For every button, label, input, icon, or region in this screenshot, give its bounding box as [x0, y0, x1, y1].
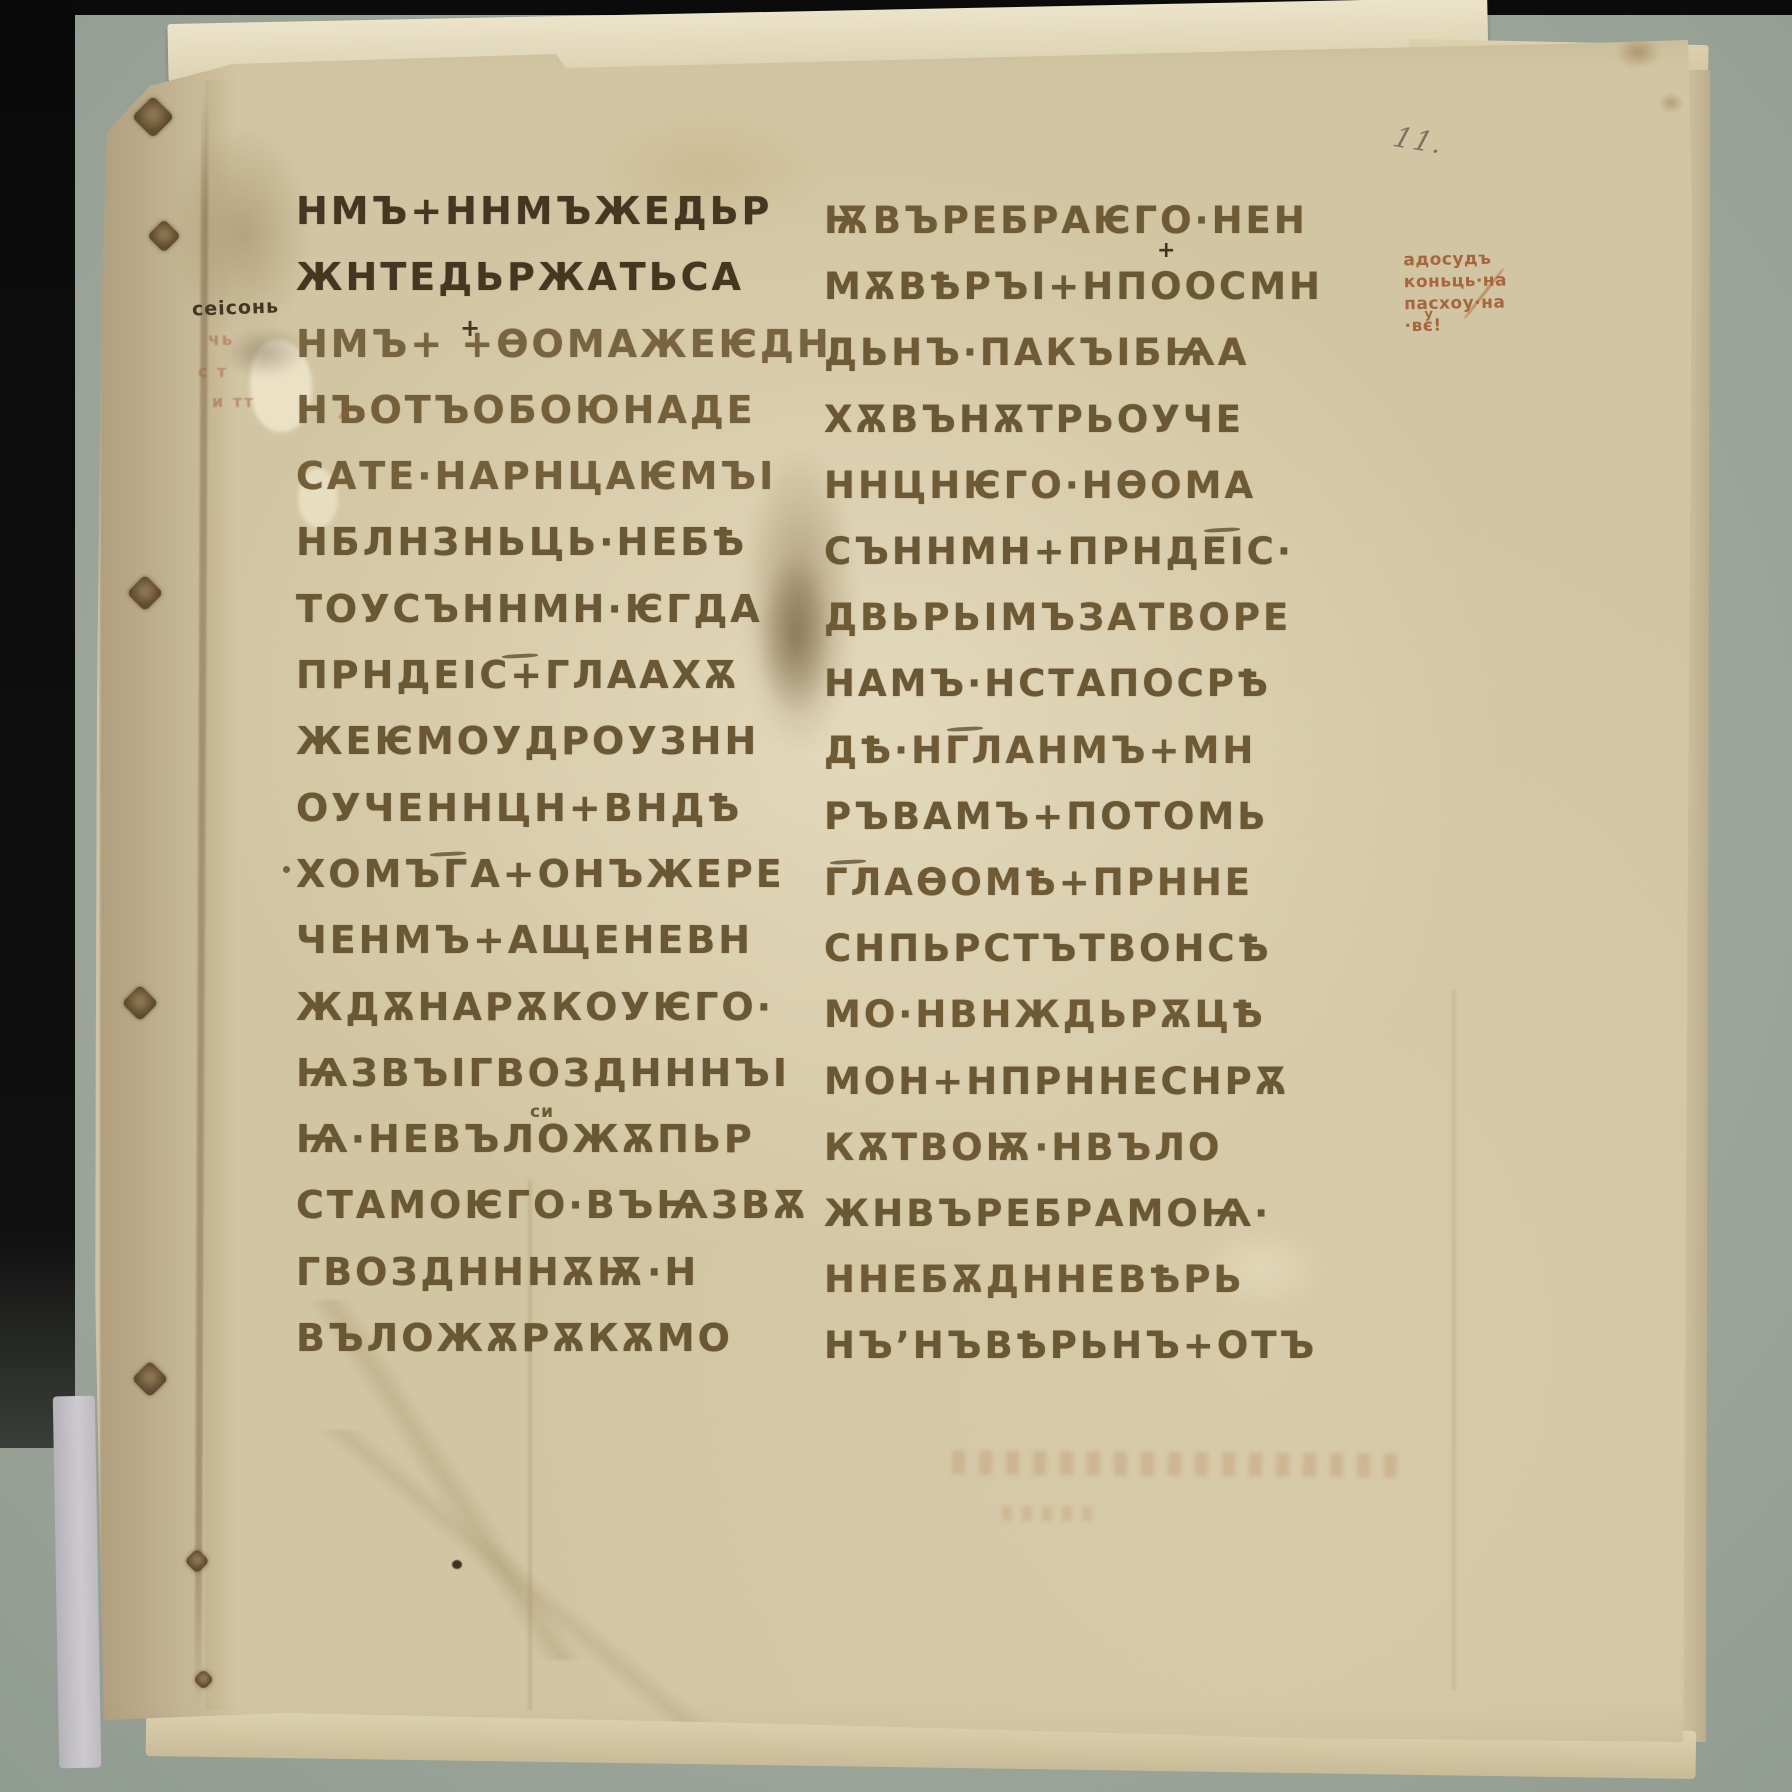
text-line: ѨЗВЪІГВОЗДНННЪІ: [296, 1040, 770, 1106]
text-line: ГВОЗДНННѪѬ·Н: [296, 1239, 770, 1305]
left-margin-note: сеісонь: [192, 295, 280, 320]
faded-margin-fragment: и тт: [212, 392, 255, 411]
text-column-left: НМЪ+ННМЪЖЕДЬР ЖНТЕДЬРЖАТЬСА НМЪ+ +ѲОМАЖЕ…: [296, 178, 770, 1371]
text-line: ХѪВЪНѪТРЬОУЧЕ: [824, 387, 1284, 453]
text-line: ЖНТЕДЬРЖАТЬСА: [296, 244, 770, 310]
sewing-station: [127, 575, 164, 612]
text-line: СТАМОѤГО·ВЪѨЗВѪ: [296, 1172, 770, 1238]
rubric-superscript: у: [1424, 304, 1433, 326]
underleaf-left-edge: [53, 1396, 101, 1769]
rubric-line: коньць·на: [1404, 269, 1554, 294]
rubric-line-text: ·вє!: [1404, 316, 1441, 337]
parchment-page: 11. НМЪ+ННМЪЖЕДЬР ЖНТЕДЬРЖАТЬСА НМЪ+ +ѲО…: [0, 0, 1792, 1792]
photo-edge-left: [0, 0, 75, 1448]
rubric-line: адосудъ: [1403, 247, 1553, 272]
interlinear-cross: +: [1157, 238, 1175, 263]
text-line: РЪВАМЪ+ПОТОМЬ: [824, 784, 1284, 850]
text-line: ДЬНЪ·ПАКЪІБѨА: [824, 320, 1284, 386]
text-line: НМЪ+ННМЪЖЕДЬР: [296, 178, 770, 244]
text-line: ННЕБѪДННЕВѢРЬ: [824, 1247, 1284, 1313]
manuscript-photo: { "manuscript": { "folio_number": "11.",…: [0, 0, 1792, 1792]
sewing-station: [132, 96, 174, 138]
text-line: НЪОТЪОБОЮНАДЕ: [296, 377, 770, 443]
text-line: ПРНДЕІС+ГЛААХѪ: [296, 642, 770, 708]
text-line: СНПЬРСТЪТВОНСѢ: [824, 916, 1284, 982]
text-line: ВЪЛОЖѪРѪКѪМО: [296, 1305, 770, 1371]
margin-dot: [283, 866, 290, 873]
text-line: ДѢ·НГЛАНМЪ+МН: [824, 718, 1284, 784]
erased-rubric-trace: [952, 1450, 1397, 1477]
text-line: ННЦНѤГО·НѲОМА: [824, 453, 1284, 519]
rubric-line: ·вє! у: [1404, 313, 1554, 338]
text-line: КѪТВОѬ·НВЪЛО: [824, 1115, 1284, 1181]
erased-rubric-trace: [1002, 1506, 1097, 1521]
text-line: ѬВЪРЕБРАѤГО·НЕН: [824, 188, 1284, 254]
text-line: ЖНВЪРЕБРАМОѨ·: [824, 1181, 1284, 1247]
faded-margin-fragment: ѧ: [338, 404, 352, 422]
text-line: МОН+НПРННЕСНРѪ: [824, 1049, 1284, 1115]
text-line: НБЛНЗНЬЦЬ·НЕБѢ: [296, 509, 770, 575]
text-line: ГЛАѲОМѢ+ПРННЕ: [824, 850, 1284, 916]
text-line: ЖДѪНАРѪКОУѤГО·: [296, 974, 770, 1040]
text-line: ТОУСЪННМН·ѤГДА: [296, 576, 770, 642]
folio-number: 11.: [1389, 121, 1449, 161]
text-line: МѪВѢРЪІ+НПООСМН: [824, 254, 1284, 320]
text-line: НАМЪ·НСТАПОСРѢ: [824, 651, 1284, 717]
parchment-crease: [1452, 990, 1456, 1690]
right-margin-rubric: адосудъ коньць·на пасхоу·на ·вє! у: [1403, 247, 1555, 338]
faded-margin-fragment: с т: [198, 362, 228, 381]
interlinear-cross: +: [460, 314, 480, 342]
faded-margin-fragment: чь: [208, 330, 234, 350]
text-line: ОУЧЕННЦН+ВНДѢ: [296, 775, 770, 841]
text-line: ДВЬРЬІМЪЗАТВОРЕ: [824, 585, 1284, 651]
sewing-station: [122, 985, 159, 1022]
text-line: НМЪ+ +ѲОМАЖЕѤДН: [296, 311, 770, 377]
text-line: НЪ’НЪВѢРЬНЪ+ОТЪ: [824, 1313, 1284, 1379]
text-line: ЧЕНМЪ+АЩЕНЕВН: [296, 907, 770, 973]
text-line: ХОМЪГА+ОНЪЖЕРЕ: [296, 841, 770, 907]
parchment-stain: [222, 326, 307, 378]
parchment-stain: [1658, 92, 1684, 114]
text-line: ЖЕѤМОУДРОУЗНН: [296, 708, 770, 774]
interlinear-correction: си: [530, 1102, 554, 1122]
text-column-right: ѬВЪРЕБРАѤГО·НЕН МѪВѢРЪІ+НПООСМН ДЬНЪ·ПАК…: [824, 188, 1284, 1380]
text-line: МО·НВНЖДЬРѪЦѢ: [824, 982, 1284, 1048]
text-line: САТЕ·НАРНЦАѤМЪІ: [296, 443, 770, 509]
parchment-stain: [1616, 36, 1660, 68]
parchment-crease: [260, 1430, 820, 1760]
